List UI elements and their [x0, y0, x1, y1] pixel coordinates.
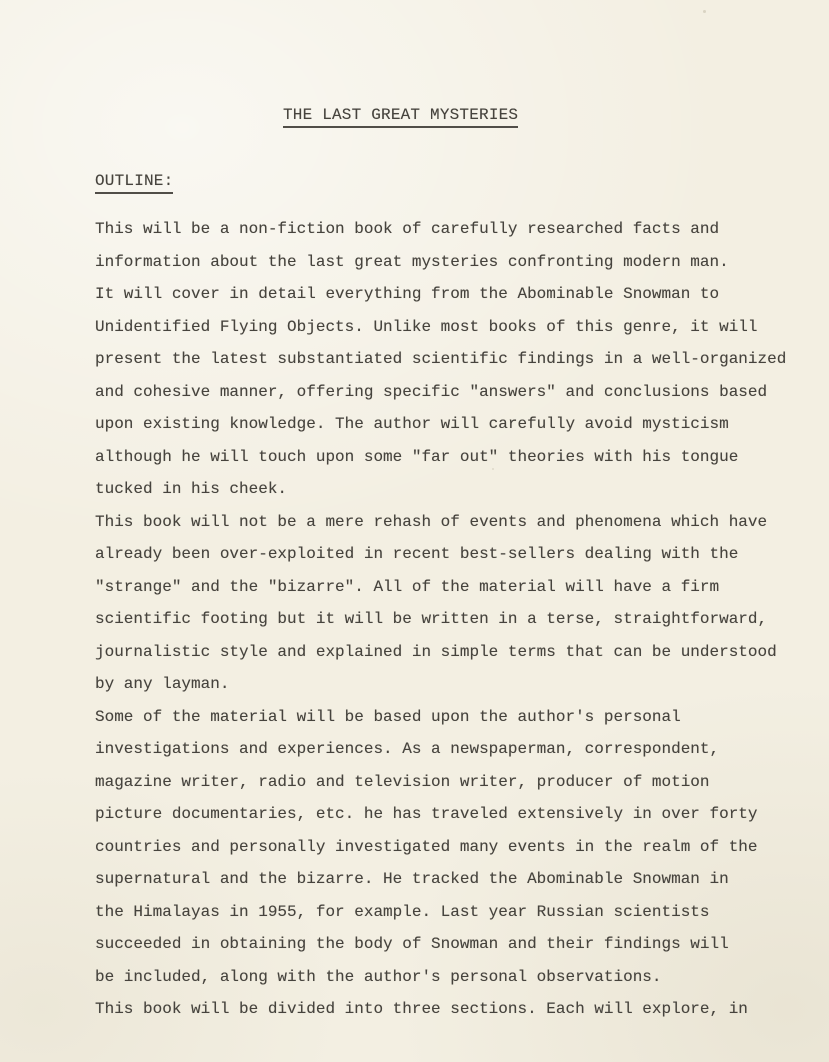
text-line: tucked in his cheek.	[95, 473, 805, 506]
text-line: the Himalayas in 1955, for example. Last…	[95, 896, 805, 929]
text-line: Unidentified Flying Objects. Unlike most…	[95, 311, 805, 344]
text-line: scientific footing but it will be writte…	[95, 603, 805, 636]
text-line: Some of the material will be based upon …	[95, 701, 805, 734]
text-line: countries and personally investigated ma…	[95, 831, 805, 864]
text-line: investigations and experiences. As a new…	[95, 733, 805, 766]
outline-heading: OUTLINE:	[95, 172, 173, 194]
text-line: This book will be divided into three sec…	[95, 993, 805, 1026]
text-line: magazine writer, radio and television wr…	[95, 766, 805, 799]
text-line: although he will touch upon some "far ou…	[95, 441, 805, 474]
document-body: This will be a non-fiction book of caref…	[95, 213, 805, 1026]
text-line: succeeded in obtaining the body of Snowm…	[95, 928, 805, 961]
text-line: supernatural and the bizarre. He tracked…	[95, 863, 805, 896]
text-line: It will cover in detail everything from …	[95, 278, 805, 311]
text-line: journalistic style and explained in simp…	[95, 636, 805, 669]
text-line: and cohesive manner, offering specific "…	[95, 376, 805, 409]
text-line: "strange" and the "bizarre". All of the …	[95, 571, 805, 604]
typewritten-page: THE LAST GREAT MYSTERIES OUTLINE: This w…	[0, 0, 829, 1062]
text-line: present the latest substantiated scienti…	[95, 343, 805, 376]
page-title: THE LAST GREAT MYSTERIES	[283, 106, 518, 128]
text-line: This book will not be a mere rehash of e…	[95, 506, 805, 539]
text-line: by any layman.	[95, 668, 805, 701]
text-line: This will be a non-fiction book of caref…	[95, 213, 805, 246]
text-line: upon existing knowledge. The author will…	[95, 408, 805, 441]
text-line: be included, along with the author's per…	[95, 961, 805, 994]
scan-speckle	[703, 10, 706, 13]
text-line: information about the last great mysteri…	[95, 246, 805, 279]
text-line: already been over-exploited in recent be…	[95, 538, 805, 571]
text-line: picture documentaries, etc. he has trave…	[95, 798, 805, 831]
